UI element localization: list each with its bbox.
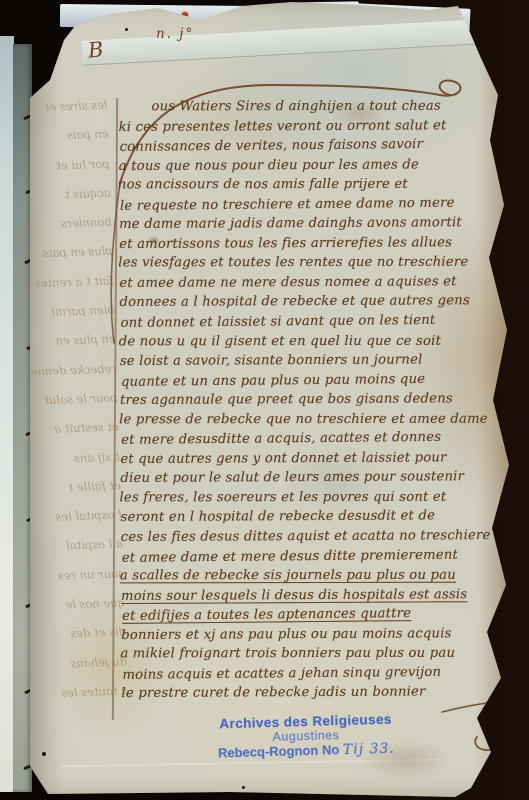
manuscript-line: et mere desusditte a acquis, acattes et … [121,427,513,450]
dirt-speck [42,752,46,756]
manuscript-line: et amortissons tous les fies arrierefies… [119,233,511,255]
stamp-handwritten-number: Tij 33. [343,741,395,758]
dirt-speck [242,786,245,789]
archive-stamp: Archives des Religieuses Augustines Rebe… [174,710,437,762]
bleedthrough-line: a l ospital [36,530,123,562]
manuscript-line: a scalles de rebecke sis journels pau pl… [120,566,512,586]
manuscript-line: et que autres gens y ont donnet et laiss… [120,448,512,470]
bleedthrough-line: sour un res [37,559,124,591]
manuscript-line: bonniers et xj ans pau plus ou pau moins… [121,624,513,646]
book-cover-edge [0,36,14,792]
manuscript-line: se loist a savoir, sisante bonniers un j… [120,350,512,372]
bleedthrough-line: t xij ans [33,442,120,474]
manuscript-line: moins acquis et acattes a jehan sinqu gr… [122,662,514,685]
manuscript-line: a tous que nous pour dieu pour les ames … [119,155,511,177]
manuscript-page: les sires eten paispor lui etacquis tbon… [30,0,510,798]
dirt-speck [125,28,128,31]
manuscript-line: dieu et pour le salut de leurs ames pour… [120,467,512,489]
manuscript-line: et edifijes a toutes les aptenances quat… [122,603,514,626]
manuscript-line: le requeste no treschiere et amee dame n… [120,193,512,216]
manuscript-line: tres agannaule que preet que bos gisans … [120,389,512,411]
manuscript-line: et amee dame ne mere desus nomee a aquis… [119,272,511,294]
bleedthrough-line: et faille t [34,471,121,503]
manuscript-line: ces les fies desus dittes aquist et acat… [121,526,513,548]
bleedthrough-line: l ospital les [35,501,122,533]
binding-gutter-shadow [13,44,32,792]
manuscript-line: me dame marie jadis dame dainghs avons a… [119,213,511,235]
bleedthrough-line: du jehans [40,647,127,679]
manuscript-line: le presse de rebecke que no treschiere e… [119,409,511,429]
manuscript-line: les viesfages et toutes les rentes que n… [118,253,510,273]
manuscript-line: les freres, les soereurs et les povres q… [119,488,511,508]
bleedthrough-line: et sestuit a [32,413,119,445]
manuscript-line: et amee dame et mere desus ditte premier… [122,545,514,568]
manuscript-line: ont donnet et laissiet si avant que on l… [121,310,513,333]
folio-number-annotation: n. j° [156,26,194,42]
manuscript-line: seront en l hospital de rebecke desusdit… [121,506,513,528]
manuscript-line: connissances de verites, nous faisons sa… [120,134,512,157]
bleedthrough-line: a toutes les [42,676,129,708]
manuscript-line: quante et un ans pau plus ou pau moins q… [121,369,513,392]
bleedthrough-line: pour le salut [31,383,118,415]
bleedthrough-line: rebecke denne [30,354,117,386]
manuscript-line: ous Watiers Sires d ainghijen a tout che… [117,97,509,117]
manuscript-photo: les sires eten paispor lui etacquis tbon… [0,0,529,800]
manuscript-line: nos ancissours de nos amis falle prijere… [118,175,510,195]
manuscript-line: a mikiel froignart trois bonniers pau pl… [120,644,512,664]
paraph-flourish [438,692,523,764]
manuscript-text-block: ous Watiers Sires d ainghijen a tout che… [118,96,513,704]
manuscript-line: de nous u qu il gisent et en quel liu qu… [119,331,511,351]
